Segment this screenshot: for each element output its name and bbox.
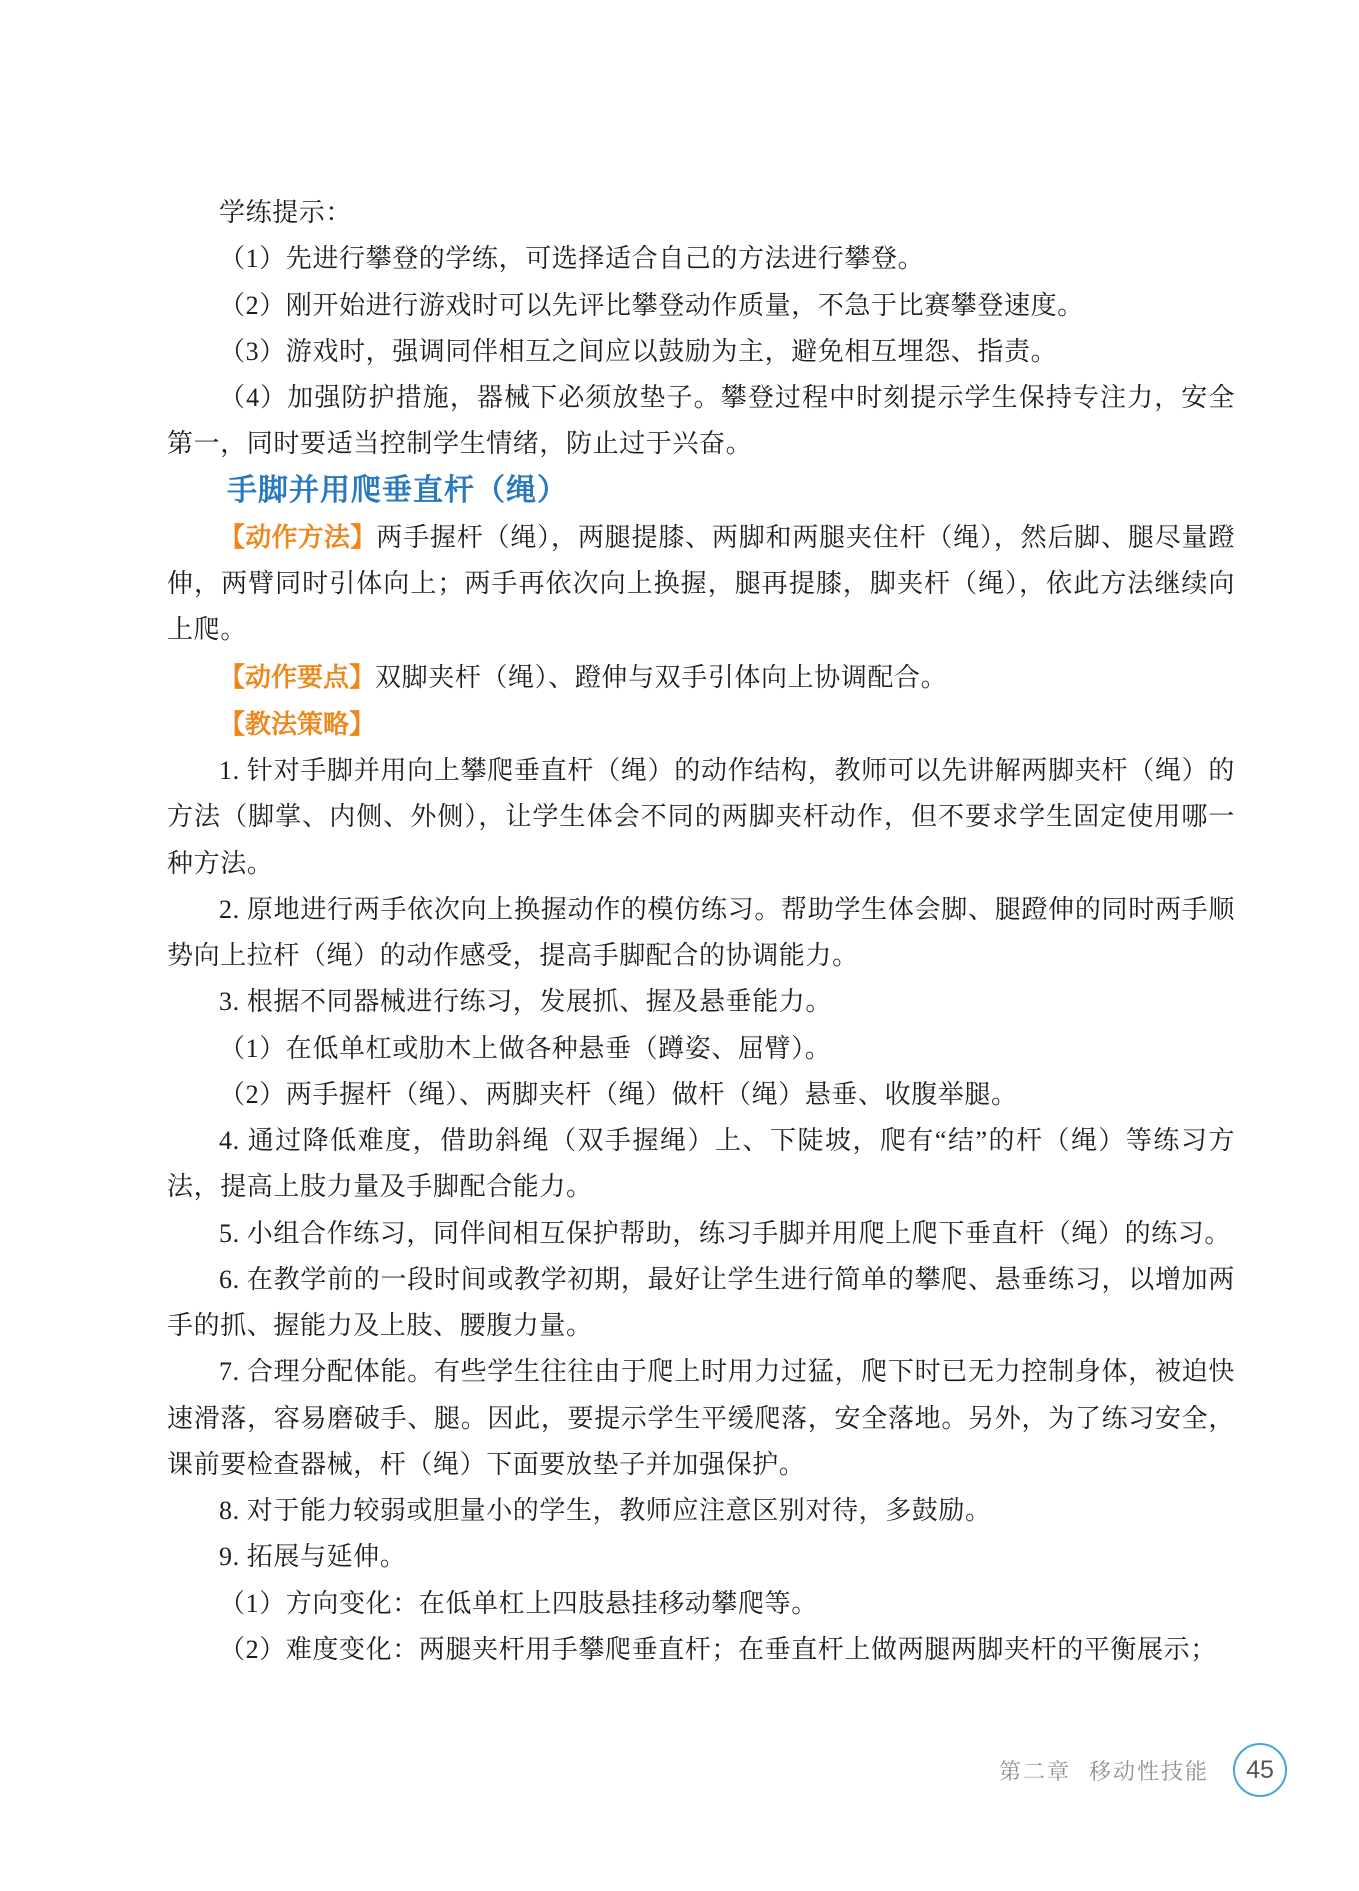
paragraph-strategy-7: 7. 合理分配体能。有些学生往往由于爬上时用力过猛，爬下时已无力控制身体，被迫快… [167,1349,1235,1488]
section-heading: 手脚并用爬垂直杆（绳） [167,468,1235,514]
paragraph-strategy-9-1: （1）方向变化：在低单杠上四肢悬挂移动攀爬等。 [167,1581,1235,1627]
paragraph-strategy-3: 3. 根据不同器械进行练习，发展抓、握及悬垂能力。 [167,979,1235,1025]
page-content: 学练提示：（1）先进行攀登的学练，可选择适合自己的方法进行攀登。（2）刚开始进行… [167,190,1235,1673]
paragraph-strategy-3-1: （1）在低单杠或肋木上做各种悬垂（蹲姿、屈臂）。 [167,1026,1235,1072]
paragraph-strategy-1: 1. 针对手脚并用向上攀爬垂直杆（绳）的动作结构，教师可以先讲解两脚夹杆（绳）的… [167,748,1235,887]
bracket-label: 【动作方法】 [219,522,376,552]
paragraph-teaching-strategy: 【教法策略】 [167,701,1235,748]
paragraph-action-method: 【动作方法】两手握杆（绳），两腿提膝、两脚和两腿夹住杆（绳），然后脚、腿尽量蹬伸… [167,514,1235,654]
page-footer: 第二章 移动性技能 45 [999,1743,1287,1797]
paragraph-tip-2: （2）刚开始进行游戏时可以先评比攀登动作质量，不急于比赛攀登速度。 [167,283,1235,329]
running-footer: 第二章 移动性技能 [999,1755,1233,1786]
footer-section-label: 移动性技能 [1089,1755,1209,1786]
page-number-badge: 45 [1233,1743,1287,1797]
bracket-label: 【动作要点】 [219,662,375,692]
paragraph-strategy-5: 5. 小组合作练习，同伴间相互保护帮助，练习手脚并用爬上爬下垂直杆（绳）的练习。 [167,1211,1235,1257]
paragraph-tip-1: （1）先进行攀登的学练，可选择适合自己的方法进行攀登。 [167,236,1235,282]
page-number: 45 [1246,1756,1274,1785]
paragraph-tip-3: （3）游戏时，强调同伴相互之间应以鼓励为主，避免相互埋怨、指责。 [167,329,1235,375]
paragraph-strategy-3-2: （2）两手握杆（绳）、两脚夹杆（绳）做杆（绳）悬垂、收腹举腿。 [167,1072,1235,1118]
paragraph-strategy-4: 4. 通过降低难度，借助斜绳（双手握绳）上、下陡坡，爬有“结”的杆（绳）等练习方… [167,1118,1235,1211]
paragraph-strategy-6: 6. 在教学前的一段时间或教学初期，最好让学生进行简单的攀爬、悬垂练习，以增加两… [167,1257,1235,1350]
paragraph-strategy-8: 8. 对于能力较弱或胆量小的学生，教师应注意区别对待，多鼓励。 [167,1488,1235,1534]
footer-chapter-label: 第二章 [999,1755,1071,1786]
bracket-label: 【教法策略】 [219,709,375,739]
paragraph-study-tip-title: 学练提示： [167,190,1235,236]
paragraph-action-keypoint: 【动作要点】双脚夹杆（绳）、蹬伸与双手引体向上协调配合。 [167,654,1235,701]
paragraph-tip-4: （4）加强防护措施，器械下必须放垫子。攀登过程中时刻提示学生保持专注力，安全第一… [167,375,1235,468]
paragraph-strategy-2: 2. 原地进行两手依次向上换握动作的模仿练习。帮助学生体会脚、腿蹬伸的同时两手顺… [167,887,1235,980]
book-page: { "page": { "colors": { "heading_blue": … [0,0,1359,1891]
paragraph-strategy-9-2: （2）难度变化：两腿夹杆用手攀爬垂直杆；在垂直杆上做两腿两脚夹杆的平衡展示； [167,1627,1235,1673]
paragraph-strategy-9: 9. 拓展与延伸。 [167,1534,1235,1580]
